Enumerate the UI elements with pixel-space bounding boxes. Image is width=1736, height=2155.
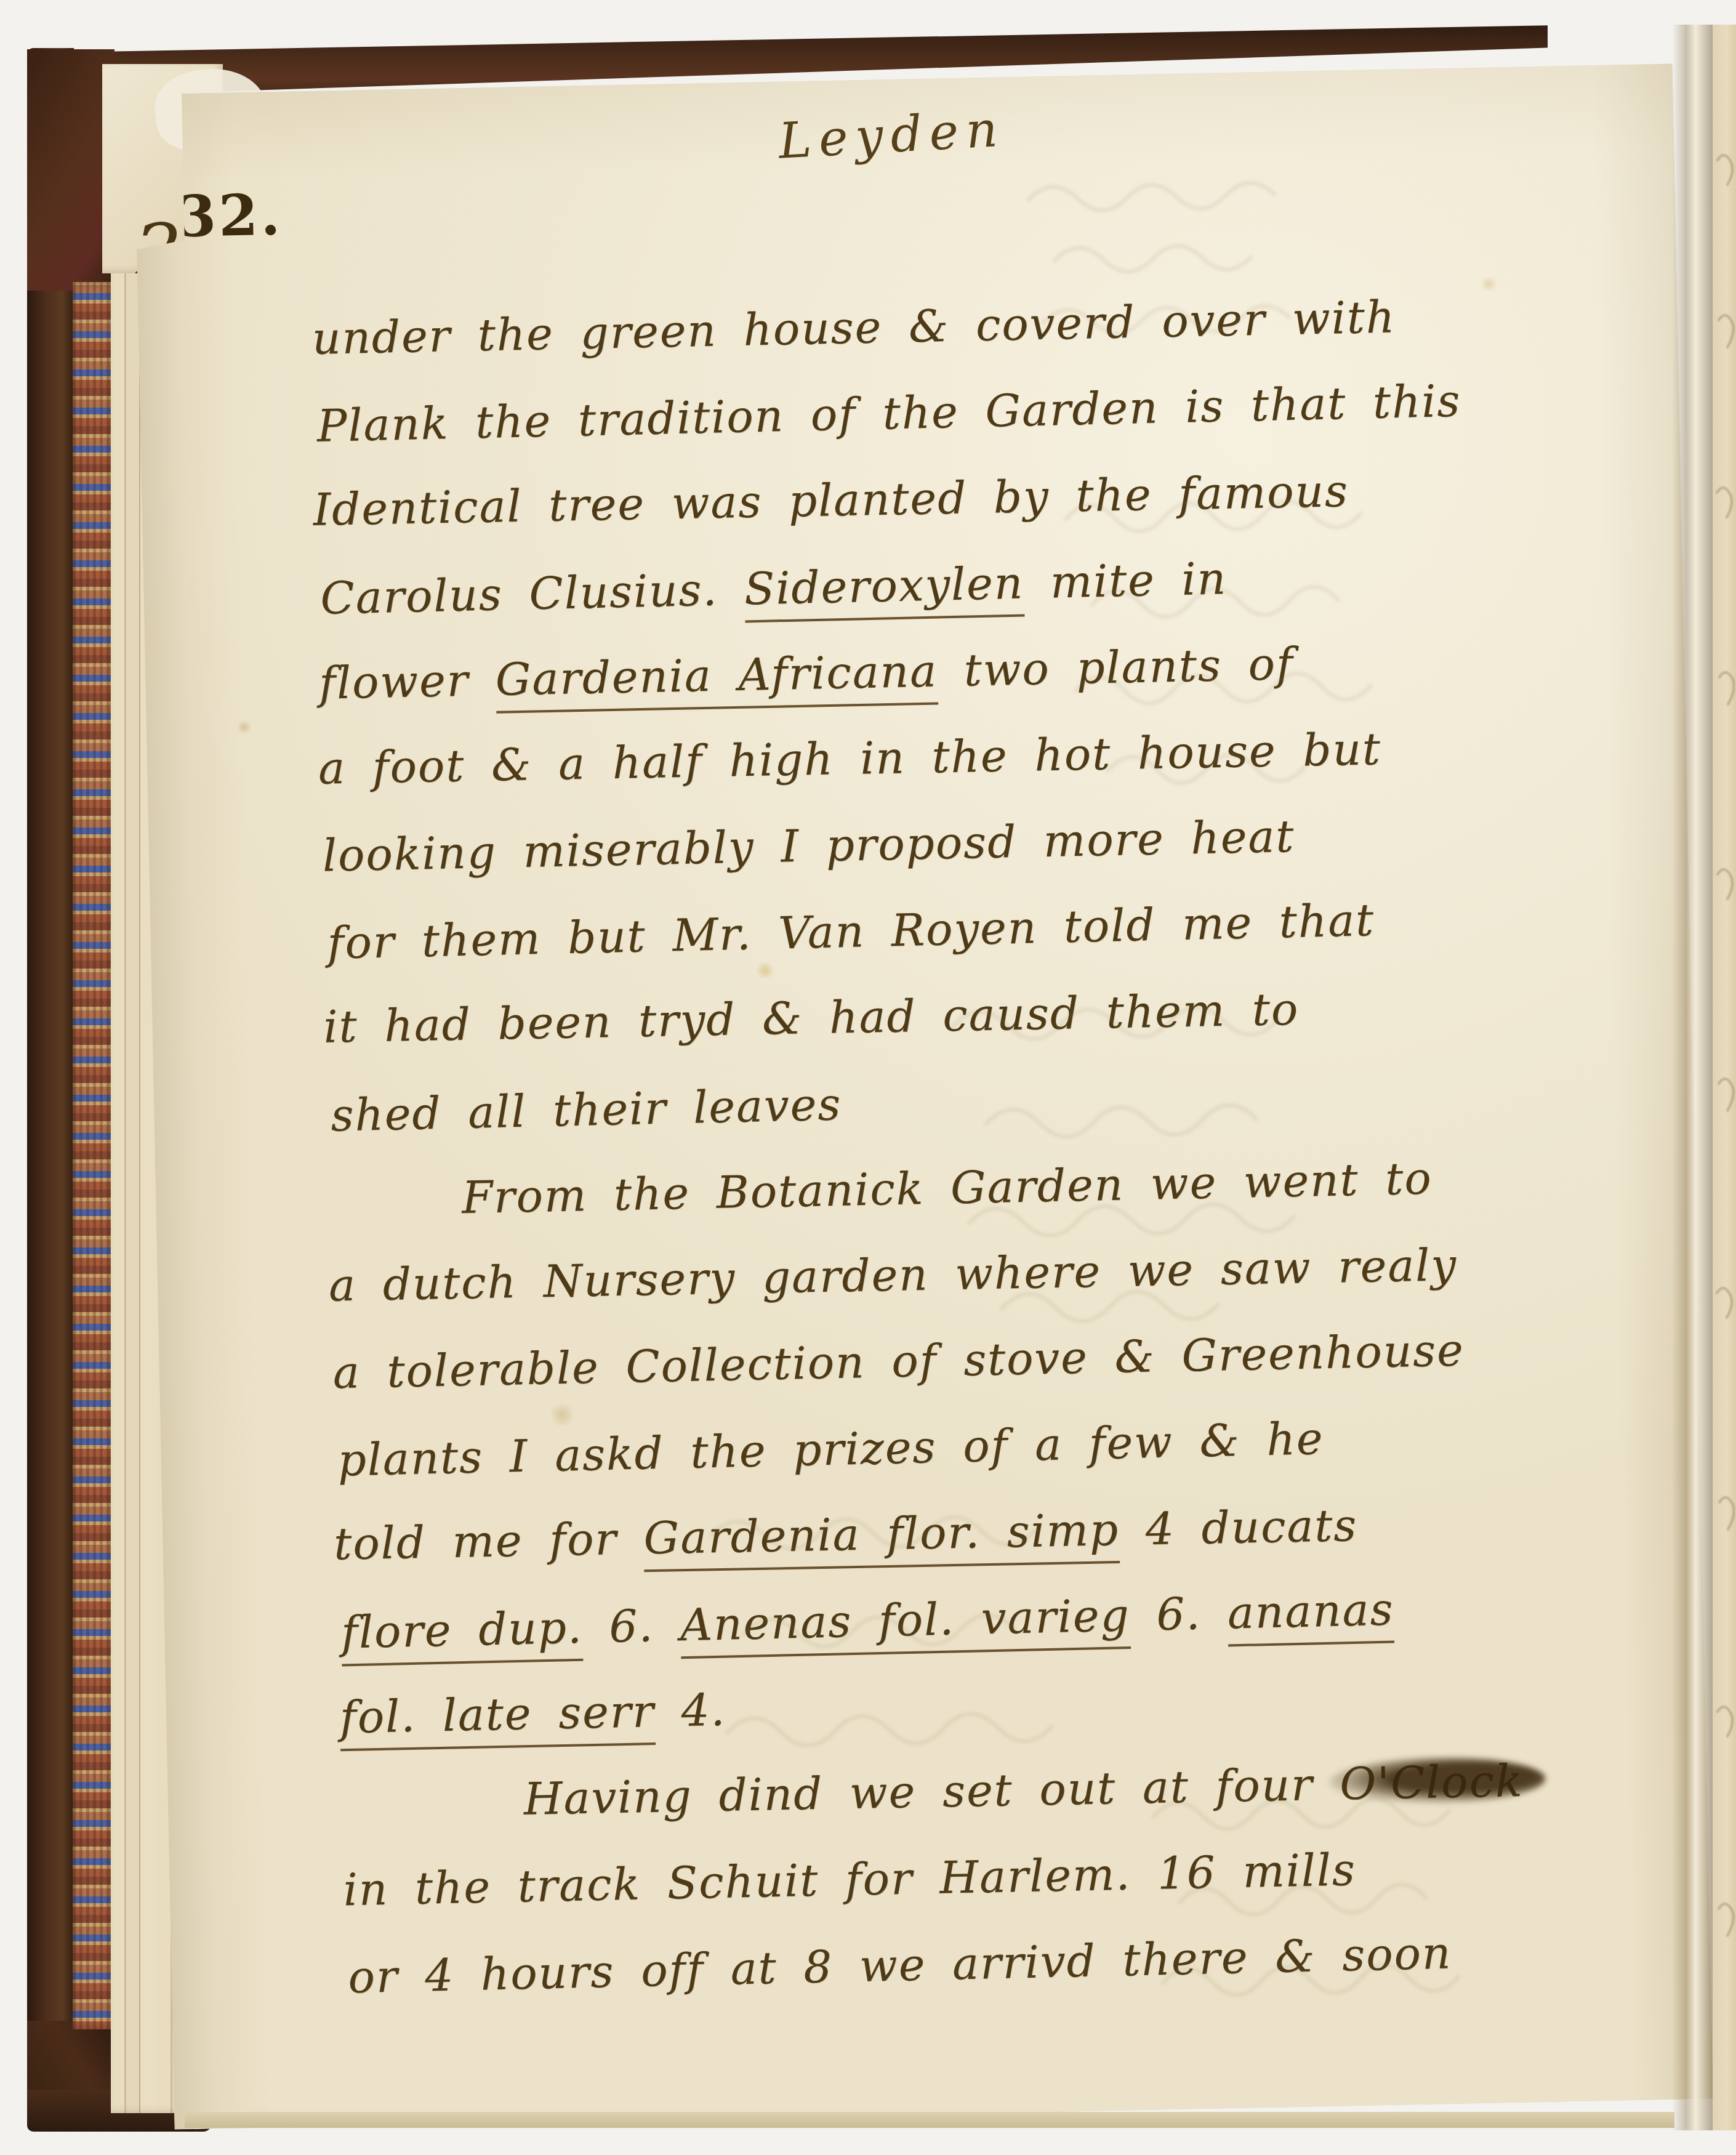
bottom-page-edge — [185, 2112, 1674, 2128]
handwritten-text: 6. — [1130, 1587, 1228, 1641]
paper-stain — [236, 720, 252, 735]
handwritten-text: mite in — [1023, 552, 1228, 608]
manuscript-photo: 22 32. Leyden under the green house & co… — [0, 0, 1736, 2155]
underlined-text: Gardenia Africana — [495, 645, 938, 713]
marbled-fore-edge — [73, 282, 112, 2029]
handwritten-text: Carolus Clusius. — [320, 563, 745, 624]
book-cover-corner — [27, 49, 115, 291]
handwritten-text: From the Botanick Garden we went to — [461, 1152, 1433, 1223]
handwritten-text: a foot & a half high in the hot house bu… — [318, 723, 1381, 794]
handwritten-text: two plants of — [937, 638, 1294, 697]
underlined-text: ananas — [1227, 1584, 1395, 1647]
page-header: Leyden — [675, 95, 1109, 175]
handwritten-text: Plank the tradition of the Garden is tha… — [316, 375, 1461, 452]
page-number: 32. — [176, 182, 283, 250]
underlined-text: Sideroxylen — [744, 557, 1024, 622]
handwritten-text: for them but Mr. Van Royen told me that — [327, 894, 1375, 969]
book-gutter — [1672, 25, 1713, 2130]
handwritten-text: it had been tryd & had causd them to — [323, 983, 1300, 1053]
handwritten-text: Having dind we set out at four — [523, 1758, 1340, 1824]
handwritten-text: under the green house & coverd over with — [311, 291, 1396, 364]
blotted-text: O'Clock — [1339, 1755, 1524, 1810]
handwritten-text: plants I askd the prizes of a few & he — [337, 1412, 1325, 1486]
manuscript-page: 32. Leyden under the green house & cover… — [134, 63, 1713, 2130]
book-cover-left-edge — [27, 48, 74, 2129]
underlined-text: Anenas fol. varieg — [680, 1589, 1131, 1659]
handwritten-text: looking miserably I proposd more heat — [322, 810, 1295, 882]
underlined-text: Gardenia flor. simp — [643, 1504, 1120, 1572]
handwritten-text: Identical tree was planted by the famous — [313, 465, 1349, 536]
handwritten-text: 4 ducats — [1119, 1499, 1358, 1555]
underlined-text: flore dup. — [340, 1601, 583, 1667]
handwritten-text: flower — [318, 654, 496, 709]
underlined-text: fol. late serr — [339, 1685, 655, 1751]
handwritten-text: a tolerable Collection of stove & Greenh… — [332, 1324, 1465, 1398]
handwritten-text: 4. — [654, 1684, 726, 1737]
handwritten-text: or 4 hours off at 8 we arrivd there & so… — [348, 1927, 1452, 2004]
handwritten-text: told me for — [334, 1512, 645, 1569]
facing-page-edge — [1713, 25, 1736, 2130]
handwritten-text: 6. — [582, 1599, 681, 1653]
facing-page-text-marks — [1714, 123, 1735, 2032]
handwritten-text: in the track Schuit for Harlem. 16 mills — [343, 1843, 1357, 1915]
handwritten-text: a dutch Nursery garden where we saw real… — [328, 1239, 1457, 1311]
handwritten-text: shed all their leaves — [330, 1078, 842, 1141]
manuscript-text: under the green house & coverd over with… — [311, 269, 1670, 2020]
